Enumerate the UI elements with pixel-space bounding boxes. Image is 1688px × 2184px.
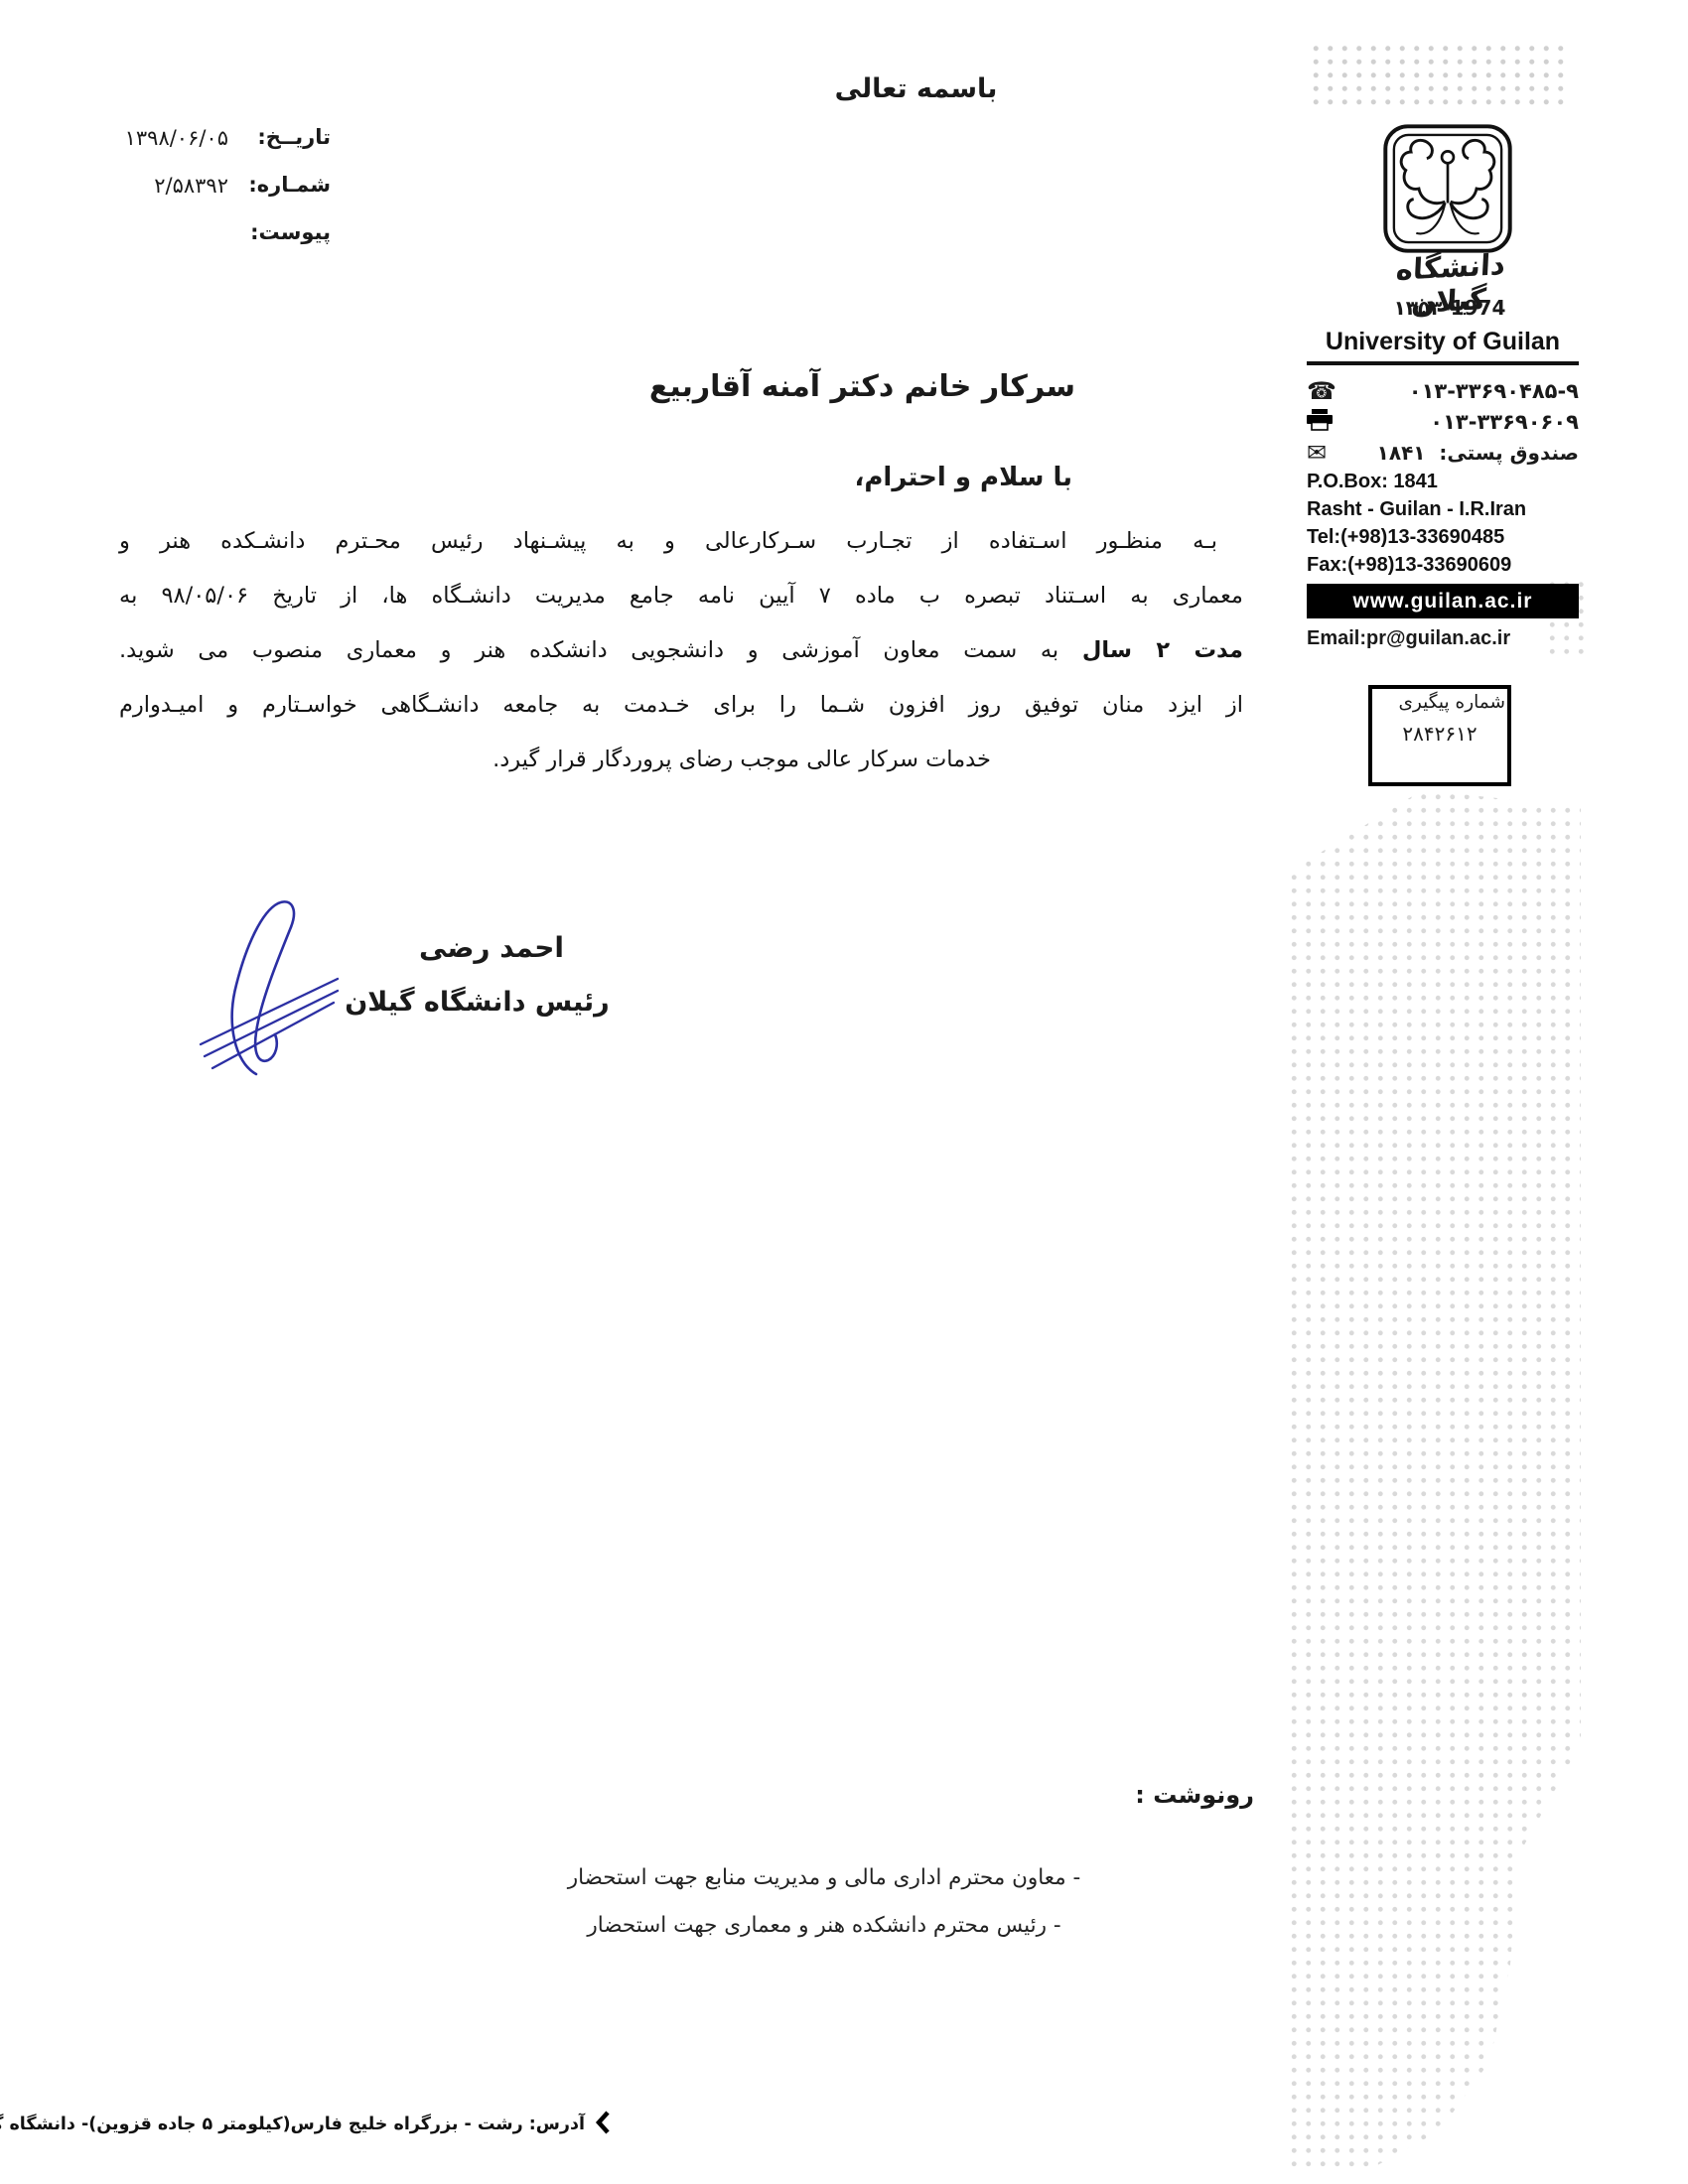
university-logo-icon [1382,123,1513,254]
footer-address-row: آدرس: رشت - بزرگراه خلیج فارس(کیلومتر ۵ … [0,2111,610,2138]
location-english: Rasht - Guilan - I.R.Iran [1307,495,1579,523]
signer-name: احمد رضی [372,931,611,964]
pobox-fa: صندوق پستی: ۱۸۴۱ [1377,441,1579,465]
handwritten-signature [197,893,346,1082]
bismillah-heading: باسمه تعالی [770,73,1062,104]
body-line-3-bold: مدت ۲ سال [1082,637,1243,663]
cc-item-1: - معاون محترم اداری مالی و مدیریت منابع … [551,1854,1097,1902]
letter-body: بـه منظـور اسـتفاده از تجـارب سـرکارعالی… [119,514,1243,787]
phone-row: ☎ ۰۱۳-۳۳۶۹۰۴۸۵-۹ [1307,375,1579,406]
university-name-english: University of Guilan [1307,328,1579,365]
signature-scribble-icon [197,893,346,1082]
signer-title: رئیس دانشگاه گیلان [336,987,619,1018]
body-line-2: معماری به اسـتناد تبصره ب ماده ۷ آیین نا… [119,569,1243,623]
body-line-3-rest: به سمت معاون آموزشی و دانشجویی دانشکده ه… [119,637,1082,663]
cc-item-2: - رئیس محترم دانشکده هنر و معماری جهت اس… [551,1902,1097,1950]
date-value: ۱۳۹۸/۰۶/۰۵ [125,126,228,150]
attachment-label: پیوست: [250,220,331,244]
founding-years: ۱۳۵۳-1974 [1370,296,1529,320]
contact-block: ☎ ۰۱۳-۳۳۶۹۰۴۸۵-۹ ۰۱۳-۳۳۶۹۰۶۰۹ ✉ صندوق پس… [1307,375,1579,650]
cc-items: - معاون محترم اداری مالی و مدیریت منابع … [551,1854,1097,1950]
tracking-number-box: شماره پیگیری ۲۸۴۲۶۱۲ [1368,685,1511,786]
date-label: تاریــخ: [257,125,331,149]
tracking-number: ۲۸۴۲۶۱۲ [1374,722,1505,746]
body-line-1: بـه منظـور اسـتفاده از تجـارب سـرکارعالی… [119,514,1243,569]
pobox-english: P.O.Box: 1841 [1307,468,1579,495]
salutation-line: با سلام و احترام، [855,463,1073,492]
email-line: Email:pr@guilan.ac.ir [1307,627,1579,650]
dot-pattern-top [1309,42,1571,107]
fax-english: Fax:(+98)13-33690609 [1307,551,1579,579]
body-line-5: خدمات سرکار عالی موجب رضای پروردگار قرار… [240,733,1243,787]
body-line-3: مدت ۲ سال به سمت معاون آموزشی و دانشجویی… [119,623,1243,678]
chevron-left-icon [595,2111,610,2138]
phone-number: ۰۱۳-۳۳۶۹۰۴۸۵-۹ [1409,379,1579,403]
letter-page: { "page": { "bismillah": "باسمه تعالی" }… [0,0,1688,2184]
body-line-4: از ایزد منان توفیق روز افزون شـما را برا… [119,678,1243,733]
website-bar: www.guilan.ac.ir [1307,584,1579,618]
university-logo [1382,123,1513,254]
number-value: ۲/۵۸۳۹۲ [154,174,228,198]
envelope-icon: ✉ [1307,441,1327,465]
fax-number: ۰۱۳-۳۳۶۹۰۶۰۹ [1430,410,1579,434]
dot-pattern-main [1287,790,1581,2172]
fax-row: ۰۱۳-۳۳۶۹۰۶۰۹ [1307,406,1579,437]
footer-address-text: آدرس: رشت - بزرگراه خلیج فارس(کیلومتر ۵ … [0,2115,585,2134]
cc-heading: رونوشت : [1135,1781,1254,1809]
phone-icon: ☎ [1307,379,1336,403]
telephone-english: Tel:(+98)13-33690485 [1307,523,1579,551]
number-label: شمـاره: [248,173,331,197]
printer-icon [1307,409,1333,435]
pobox-value: ۱۸۴۱ [1377,441,1426,465]
pobox-row: ✉ صندوق پستی: ۱۸۴۱ [1307,437,1579,468]
pobox-label: صندوق پستی: [1439,441,1579,465]
addressee-line: سرکار خانم دکتر آمنه آقاربیع [649,369,1075,404]
tracking-label: شماره پیگیری [1374,692,1505,713]
